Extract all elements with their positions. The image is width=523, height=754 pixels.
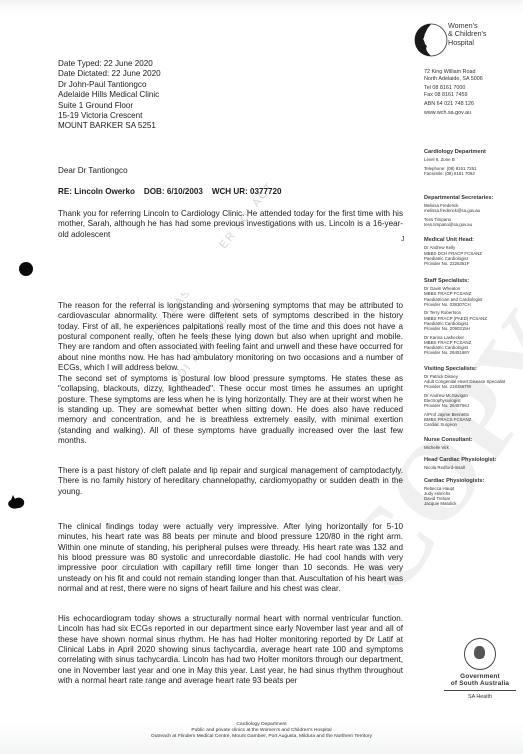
staff-entry: Dr Karina LasheckerMBBS FRACP FCSANZPaed… <box>424 335 520 356</box>
staff-entry: Dr Andrew KellyMBBS DCH FRACP FCSANZPaed… <box>424 245 520 266</box>
staff-section: Staff Specialists:Dr Gavin WheatonMBBS F… <box>424 278 520 355</box>
divider <box>444 690 516 691</box>
gov-line: Government <box>440 673 520 680</box>
recipient-line: 15-19 Victoria Crescent <box>58 111 403 121</box>
patient-reference: RE: Lincoln Owerko DOB: 6/10/2003 WCH UR… <box>58 187 282 196</box>
recipient-line: MOUNT BARKER SA 5251 <box>58 121 403 131</box>
staff-entry-line: Provider No. 038307CH <box>424 302 520 307</box>
fax-line: Fax 08 8161 7459 <box>424 92 467 98</box>
staff-section: Cardiac Physiologists:Rebecca HauptJudy … <box>424 478 520 507</box>
south-australia-seal-icon <box>464 638 496 670</box>
ink-blot-mark <box>7 495 25 509</box>
department-title: Cardiology Department <box>424 149 520 156</box>
staff-entry-line: Cardiac Surgeon <box>424 422 520 427</box>
staff-entry: Nicola Redford-Insall <box>424 465 520 470</box>
abn: ABN 64 021 748 126 <box>424 101 520 108</box>
staff-section-heading: Cardiac Physiologists: <box>424 478 520 485</box>
staff-section: Head Cardiac Physiologist:Nicola Redford… <box>424 457 520 470</box>
staff-entry-line: Jacquie Matulick <box>424 501 520 506</box>
department-location: Level 6, Zone B <box>424 157 520 162</box>
staff-entry: Melissa Frederickmelissa.frederick@sa.go… <box>424 203 520 213</box>
staff-section-heading: Medical Unit Head: <box>424 237 520 244</box>
hospital-contact: 72 King William Road North Adelaide, SA … <box>424 69 520 120</box>
staff-section: Departmental Secretaries:Melissa Frederi… <box>424 195 520 227</box>
staff-entry-line: Provider No. 2226361F <box>424 261 520 266</box>
letter-page: COPY RELEASED UNDER FOI ACT FOI 2020-004… <box>0 0 523 754</box>
paragraph-referral-reason: The reason for the referral is longstand… <box>58 301 403 373</box>
staff-directory: Departmental Secretaries:Melissa Frederi… <box>424 187 520 510</box>
staff-entry-line: Nicola Redford-Insall <box>424 465 520 470</box>
address-line: 72 King William Road <box>424 69 476 75</box>
paragraph-investigations: His echocardiogram today shows a structu… <box>58 614 403 686</box>
staff-section-heading: Staff Specialists: <box>424 278 520 285</box>
staff-entry: Dr Andrew McGaviganElectrophysiologistPr… <box>424 393 520 409</box>
government-logo: Government of South Australia SA Health <box>440 638 520 700</box>
paragraph-past-history: There is a past history of cleft palate … <box>58 466 403 497</box>
website-link: www.wch.sa.gov.au <box>424 110 520 117</box>
staff-entry-line: Provider No. 2648756J <box>424 403 520 408</box>
wch-silhouette-logo-icon <box>413 22 449 58</box>
paragraph-clinical-findings: The clinical findings today were actuall… <box>58 522 403 594</box>
redacted-region <box>50 248 410 293</box>
agency-name: SA Health <box>440 694 520 700</box>
staff-section-heading: Visiting Specialists: <box>424 366 520 373</box>
department-info: Cardiology Department Level 6, Zone B Te… <box>424 149 520 180</box>
staff-entry-line: melissa.frederick@sa.gov.au <box>424 208 520 213</box>
staff-section-heading: Head Cardiac Physiologist: <box>424 457 520 464</box>
staff-section: Nurse Consultant:Michelle Virk <box>424 437 520 450</box>
punch-hole-mark <box>19 262 33 276</box>
staff-section: Medical Unit Head:Dr Andrew KellyMBBS DC… <box>424 237 520 266</box>
staff-entry-line: Provider No. 218356TW <box>424 384 520 389</box>
recipient-line: Adelaide Hills Medical Clinic <box>58 90 403 100</box>
redaction-mark: J <box>401 236 405 243</box>
letter-footer: Cardiology Department Public and private… <box>0 722 523 739</box>
logo-line: Hospital <box>448 39 487 47</box>
staff-section-heading: Departmental Secretaries: <box>424 195 520 202</box>
staff-section-heading: Nurse Consultant: <box>424 437 520 444</box>
staff-entry: Dr Patrick DisneyAdult Congenital Heart … <box>424 374 520 390</box>
footer-line: Outreach at Flinders Medical Centre, Mou… <box>0 734 523 740</box>
staff-entry: Dr Terry RobertsonMBBS FRACP (PAED) FCSA… <box>424 310 520 331</box>
staff-entry: Rebecca HauptJudy HinrichsDavid TreloarJ… <box>424 486 520 507</box>
hospital-name: Women's & Children's Hospital <box>448 22 487 47</box>
gov-line: of South Australia <box>440 680 520 687</box>
recipient-name: Dr John-Paul Tantiongco <box>58 80 403 90</box>
phone-line: Tel 08 8161 7000 <box>424 85 465 91</box>
date-typed: Date Typed: 22 June 2020 <box>58 59 403 69</box>
staff-entry: Dr Gavin WheatonMBBS FRACP FCSANZPaediat… <box>424 286 520 307</box>
paragraph-intro: Thank you for referring Lincoln to Cardi… <box>58 209 403 240</box>
recipient-line: Suite 1 Ground Floor <box>58 101 403 111</box>
letter-header: Date Typed: 22 June 2020 Date Dictated: … <box>58 59 403 132</box>
date-dictated: Date Dictated: 22 June 2020 <box>58 69 403 79</box>
department-fax: Facsimile: (08) 8161 7092 <box>424 171 520 176</box>
staff-entry-line: Provider No. 2645168Y <box>424 350 520 355</box>
address-line: North Adelaide, SA 5006 <box>424 76 483 82</box>
paragraph-postural-symptoms: The second set of symptoms is postural l… <box>58 374 403 446</box>
salutation: Dear Dr Tantiongco <box>58 166 128 175</box>
recipient-address: Dr John-Paul Tantiongco Adelaide Hills M… <box>58 80 403 132</box>
staff-entry: Tess Timpanotess.timpano@sa.gov.au <box>424 217 520 227</box>
staff-entry-line: Michelle Virk <box>424 445 520 450</box>
staff-entry: A/Prof Jayme BennettsBMBS FRACS FCSANZCa… <box>424 412 520 428</box>
staff-section: Visiting Specialists:Dr Patrick DisneyAd… <box>424 366 520 428</box>
staff-entry-line: tess.timpano@sa.gov.au <box>424 222 520 227</box>
staff-entry: Michelle Virk <box>424 445 520 450</box>
government-name: Government of South Australia <box>440 673 520 688</box>
staff-entry-line: Provider No. 2090315H <box>424 326 520 331</box>
